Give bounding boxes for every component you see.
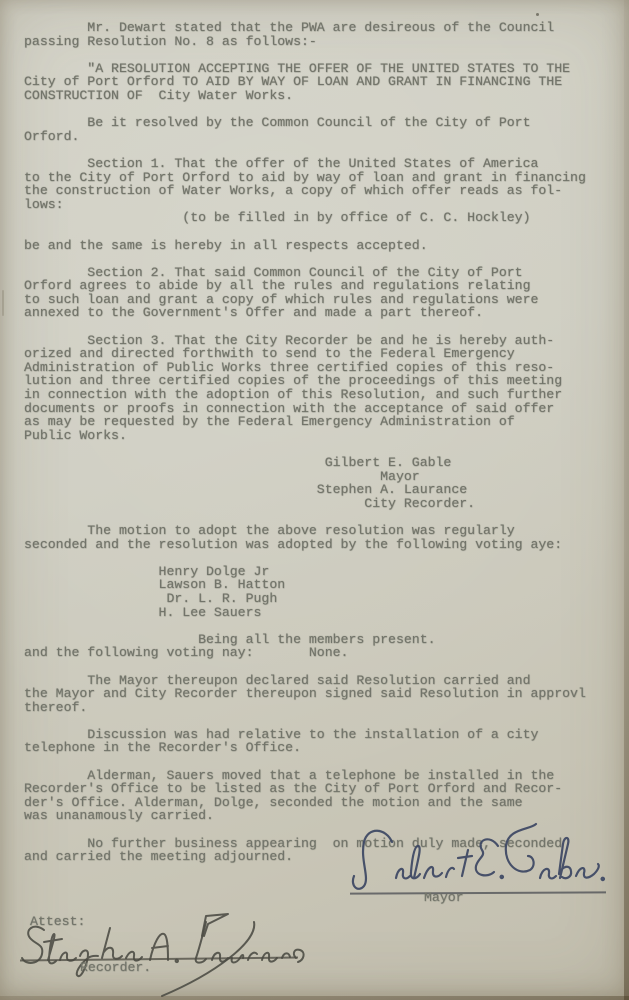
- typed-text-body: Mr. Dewart stated that the PWA are desir…: [24, 21, 586, 864]
- mayor-signature: [348, 816, 608, 901]
- scan-edge-bottom: [0, 996, 629, 1000]
- paper-speck: [536, 13, 539, 16]
- scanned-minutes-page: Mr. Dewart stated that the PWA are desir…: [0, 0, 629, 1000]
- scan-edge-right: [624, 0, 629, 1000]
- mayor-label: Mayor: [424, 891, 464, 905]
- recorder-label: Recorder.: [80, 961, 151, 975]
- paper-smudge: [2, 290, 4, 316]
